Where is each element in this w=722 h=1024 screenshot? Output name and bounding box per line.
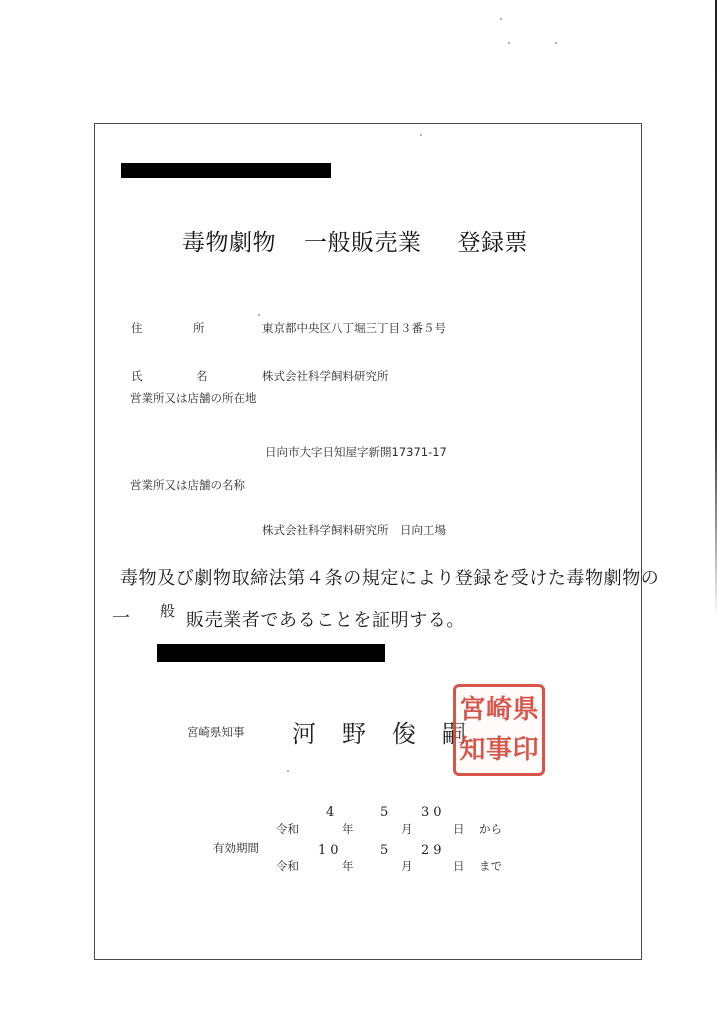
validity-to-month-unit: 月 xyxy=(401,858,413,874)
issuer-title: 宮崎県知事 xyxy=(187,724,245,740)
name-value: 株式会社科学飼料研究所 xyxy=(262,368,389,384)
validity-from-suffix: から xyxy=(479,821,502,837)
address-label-char1: 住 xyxy=(131,320,143,336)
title-part-registration: 登録票 xyxy=(458,224,529,257)
address-label-char2: 所 xyxy=(193,320,205,336)
scan-speck xyxy=(508,42,510,44)
scan-speck xyxy=(500,18,502,20)
redaction-bar-top xyxy=(121,163,331,178)
validity-to-month: 5 xyxy=(380,843,392,858)
validity-from-day-unit: 日 xyxy=(453,821,465,837)
validity-to-year-unit: 年 xyxy=(342,858,354,874)
scan-edge-line xyxy=(715,0,717,620)
scan-speck xyxy=(555,42,557,44)
certification-prefix-han: 般 xyxy=(160,600,176,621)
validity-to-suffix: まで xyxy=(479,858,502,874)
office-location-value: 日向市大字日知屋字新開17371-17 xyxy=(265,444,447,460)
validity-from-year: 4 xyxy=(326,805,338,820)
validity-from-month-unit: 月 xyxy=(401,821,413,837)
seal-char: 知 xyxy=(459,730,486,770)
validity-to-day-unit: 日 xyxy=(453,858,465,874)
name-label-char2: 名 xyxy=(196,368,208,384)
validity-from-month: 5 xyxy=(380,805,392,820)
governor-name-char: 俊 xyxy=(392,714,416,749)
validity-to-year: 10 xyxy=(318,843,343,858)
title-part-general-sales: 一般販売業 xyxy=(304,224,422,257)
seal-char: 宮 xyxy=(459,690,486,730)
official-seal-stamp: 県 印 崎 事 宮 知 xyxy=(453,684,545,776)
validity-label: 有効期間 xyxy=(213,840,259,856)
redaction-bar-date xyxy=(157,644,385,662)
document-title: 毒物劇物一般販売業登録票 xyxy=(182,224,528,257)
office-name-value: 株式会社科学飼料研究所 日向工場 xyxy=(262,522,446,538)
validity-from-day: 30 xyxy=(421,805,446,820)
certification-line-2: 販売業者であることを証明する。 xyxy=(186,606,465,632)
address-value: 東京都中央区八丁堀三丁目３番５号 xyxy=(262,320,446,336)
governor-name-char: 野 xyxy=(342,714,366,749)
certification-line-1: 毒物及び劇物取締法第４条の規定により登録を受けた毒物劇物の xyxy=(120,564,659,590)
validity-from-era: 令和 xyxy=(276,821,299,837)
seal-char: 印 xyxy=(512,730,539,770)
title-part-poison: 毒物劇物 xyxy=(182,224,276,257)
certification-prefix-ichi: 一 xyxy=(112,604,131,630)
seal-char: 県 xyxy=(512,690,539,730)
name-label-char1: 氏 xyxy=(131,368,143,384)
office-name-label: 営業所又は店舗の名称 xyxy=(130,477,245,493)
validity-to-era: 令和 xyxy=(276,858,299,874)
seal-char: 事 xyxy=(486,730,513,770)
validity-from-year-unit: 年 xyxy=(342,821,354,837)
governor-name-char: 河 xyxy=(292,714,316,749)
office-location-label: 営業所又は店舗の所在地 xyxy=(130,390,257,406)
seal-char: 崎 xyxy=(486,690,513,730)
validity-to-day: 29 xyxy=(421,843,446,858)
